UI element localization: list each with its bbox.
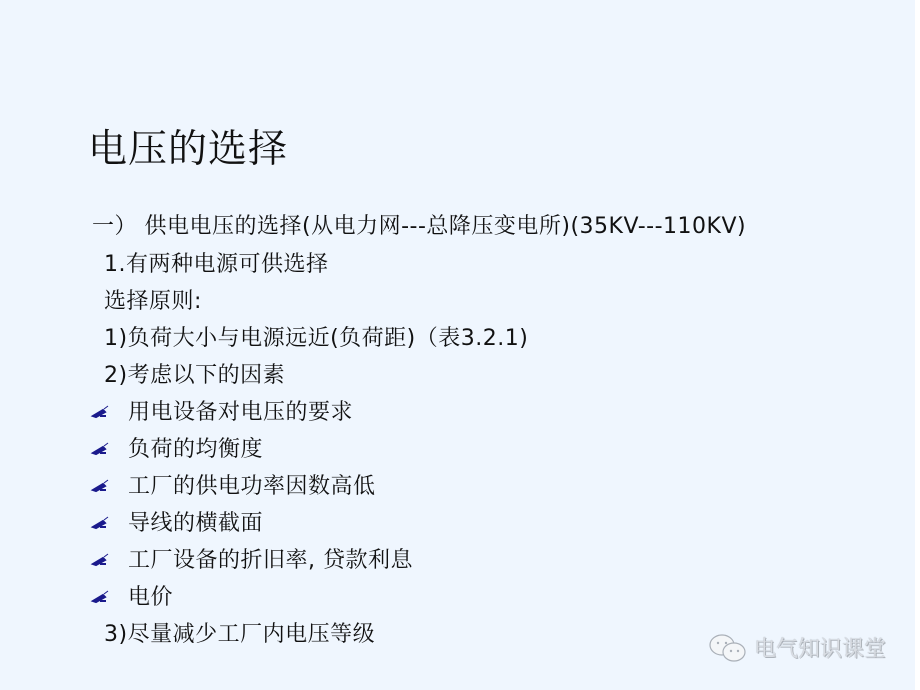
- factor-text: 电价: [128, 580, 173, 611]
- factor-text: 负荷的均衡度: [128, 432, 263, 463]
- factor-text: 导线的横截面: [128, 506, 263, 537]
- wechat-icon: [708, 633, 748, 663]
- pen-bullet-icon: [90, 586, 112, 606]
- pen-bullet-icon: [90, 401, 112, 421]
- right-edge: [915, 0, 920, 690]
- principle-3: 3)尽量减少工厂内电压等级: [104, 617, 375, 648]
- watermark: 电气知识课堂: [708, 632, 886, 663]
- factor-item: 电价: [90, 580, 173, 611]
- principle-2: 2)考虑以下的因素: [104, 358, 285, 389]
- pen-bullet-icon: [90, 438, 112, 458]
- factor-item: 工厂的供电功率因数高低: [90, 469, 376, 500]
- watermark-text: 电气知识课堂: [754, 632, 886, 663]
- section-heading: 一） 供电电压的选择(从电力网---总降压变电所)(35KV---110KV): [92, 209, 746, 240]
- factor-item: 用电设备对电压的要求: [90, 395, 353, 426]
- point-1: 1.有两种电源可供选择: [104, 247, 329, 278]
- factor-item: 导线的横截面: [90, 506, 263, 537]
- selection-principle-label: 选择原则:: [104, 284, 202, 315]
- pen-bullet-icon: [90, 549, 112, 569]
- pen-bullet-icon: [90, 512, 112, 532]
- factor-text: 工厂的供电功率因数高低: [128, 469, 376, 500]
- principle-1: 1)负荷大小与电源远近(负荷距)（表3.2.1): [104, 321, 528, 352]
- pen-bullet-icon: [90, 475, 112, 495]
- factor-item: 负荷的均衡度: [90, 432, 263, 463]
- slide-title: 电压的选择: [88, 118, 288, 174]
- factor-text: 用电设备对电压的要求: [128, 395, 353, 426]
- factor-text: 工厂设备的折旧率, 贷款利息: [128, 543, 413, 574]
- slide: 电压的选择 一） 供电电压的选择(从电力网---总降压变电所)(35KV---1…: [0, 0, 915, 690]
- factor-item: 工厂设备的折旧率, 贷款利息: [90, 543, 413, 574]
